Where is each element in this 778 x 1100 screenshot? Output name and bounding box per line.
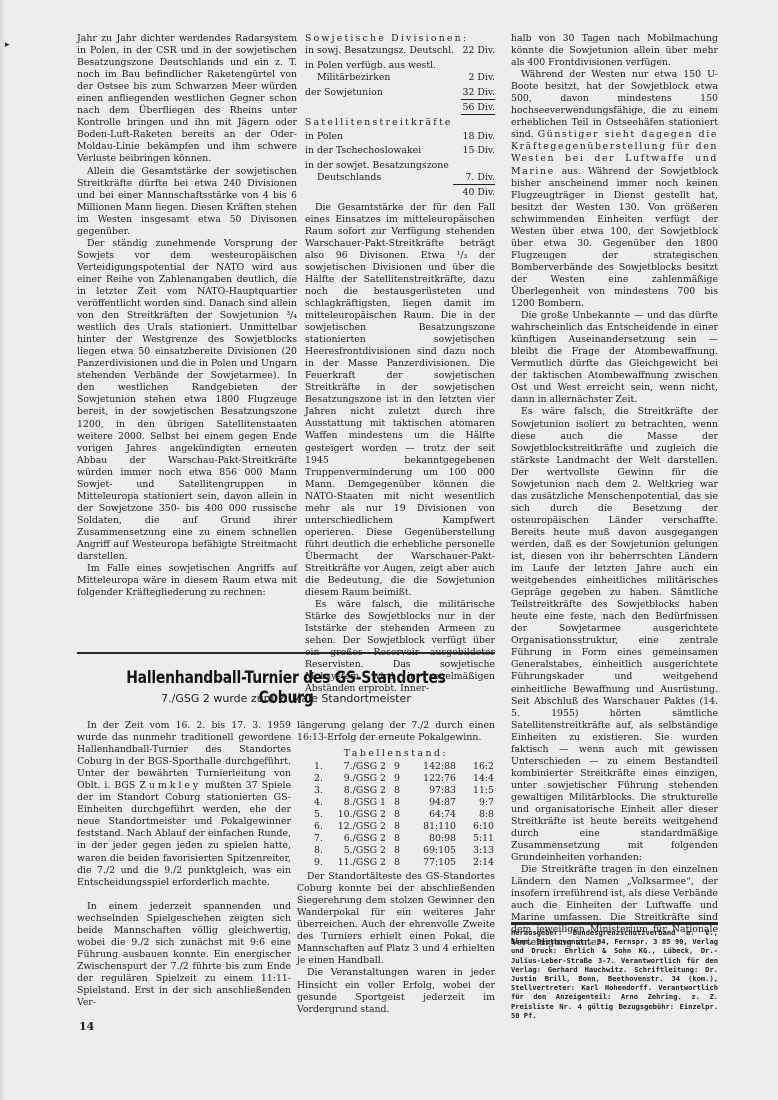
table-row: 9.11./GSG 2877:1052:14 bbox=[314, 857, 494, 869]
page-number: 14 bbox=[79, 1020, 94, 1033]
table-row: 7.6./GSG 2880:985:11 bbox=[314, 833, 494, 845]
table-row: Militärbezirken2 Div. bbox=[305, 72, 495, 84]
paragraph: Die Gesamtstärke der für den Fall eines … bbox=[305, 202, 495, 600]
table-row: 8.5./GSG 2869:1053:13 bbox=[314, 845, 494, 857]
table-row: in der Tschechoslowakei15 Div. bbox=[305, 143, 495, 157]
table-total-row: 56 Div. bbox=[305, 99, 495, 114]
impressum: Herausgeber: Bundesgrenzschutzverband e.… bbox=[511, 928, 718, 1020]
soviet-divisions-table: in sowj. Besatzungsz. Deutschl.22 Div. i… bbox=[305, 45, 495, 115]
table-row: 6.12./GSG 2881:1106:10 bbox=[314, 821, 494, 833]
paragraph: Allein die Gesamtstärke der sowjetischen… bbox=[77, 166, 297, 238]
paragraph: In der Zeit vom 16. 2. bis 17. 3. 1959 w… bbox=[77, 720, 291, 889]
satellite-forces-table: in Polen18 Div. in der Tschechoslowakei1… bbox=[305, 129, 495, 199]
scan-edge-mark: ▸ bbox=[5, 40, 10, 50]
table-row: Deutschlands7. Div. bbox=[305, 172, 495, 185]
table-row: 3.8./GSG 2897:8311:5 bbox=[314, 785, 494, 797]
table-row: 1.7./GSG 29142:8816:2 bbox=[314, 761, 494, 773]
article-subheadline: 7./GSG 2 wurde zum 2. Male Standortmeist… bbox=[77, 692, 495, 705]
sports-column-1: In der Zeit vom 16. 2. bis 17. 3. 1959 w… bbox=[77, 720, 291, 1009]
table-total-row: 40 Div. bbox=[305, 184, 495, 199]
paragraph: Die große Unbekannte — und das dürfte wa… bbox=[511, 310, 718, 406]
table-row: 2.9./GSG 29122:7614:4 bbox=[314, 773, 494, 785]
standings-title: Tabellenstand: bbox=[297, 748, 495, 760]
sports-column-2: längerung gelang der 7./2 durch einen 16… bbox=[297, 720, 495, 1016]
table-row: in sowj. Besatzungsz. Deutschl.22 Div. bbox=[305, 45, 495, 57]
paragraph: Der ständig zunehmende Vorsprung der Sow… bbox=[77, 238, 297, 563]
soviet-divisions-heading: Sowjetische Divisionen: bbox=[305, 33, 495, 45]
section-divider bbox=[77, 652, 495, 654]
article-column-3: halb von 30 Tagen nach Mobilmachung könn… bbox=[511, 33, 718, 949]
table-row: 4.8./GSG 1894:879:7 bbox=[314, 797, 494, 809]
impressum-divider bbox=[511, 922, 718, 925]
table-row: in Polen18 Div. bbox=[305, 129, 495, 143]
satellite-forces-heading: Satellitenstreitkräfte bbox=[305, 117, 495, 129]
table-row: in Polen verfügb. aus westl. bbox=[305, 57, 495, 72]
paragraph: längerung gelang der 7./2 durch einen 16… bbox=[297, 720, 495, 744]
paragraph: Der Standortälteste des GS-Standortes Co… bbox=[297, 871, 495, 967]
paragraph: Die Veranstaltungen waren in jeder Hinsi… bbox=[297, 967, 495, 1015]
table-row: 5.10./GSG 2864:748:8 bbox=[314, 809, 494, 821]
article-column-1: Jahr zu Jahr dichter werdendes Radarsyst… bbox=[77, 33, 297, 599]
standings-table: Tabellenstand: 1.7./GSG 29142:8816:2 2.9… bbox=[297, 748, 495, 869]
page-scan-edge bbox=[0, 0, 6, 1100]
table-row: der Sowjetunion32 Div. bbox=[305, 84, 495, 99]
paragraph: Im Falle eines sowjetischen Angriffs auf… bbox=[77, 563, 297, 599]
paragraph: Jahr zu Jahr dichter werdendes Radarsyst… bbox=[77, 33, 297, 166]
paragraph: In einem jederzeit spannenden und wechse… bbox=[77, 901, 291, 1009]
paragraph: Es wäre falsch, die Streitkräfte der Sow… bbox=[511, 406, 718, 864]
emphasized-name: Zumkley bbox=[139, 780, 201, 791]
paragraph: halb von 30 Tagen nach Mobilmachung könn… bbox=[511, 33, 718, 69]
table-row: in der sowjet. Besatzungszone bbox=[305, 157, 495, 172]
article-column-2: Sowjetische Divisionen: in sowj. Besatzu… bbox=[305, 33, 495, 696]
paragraph: Während der Westen nur etwa 150 U-Boote … bbox=[511, 69, 718, 310]
